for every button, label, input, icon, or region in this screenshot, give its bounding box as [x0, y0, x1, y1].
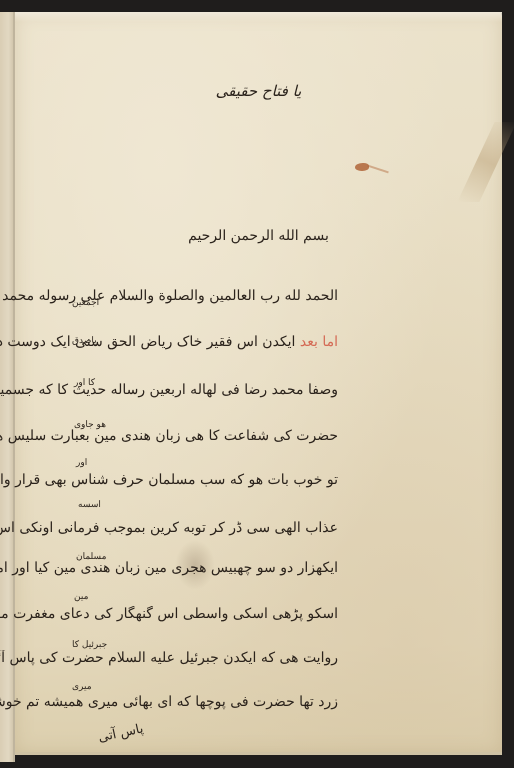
rubric-amma-bad: اما بعد — [300, 334, 338, 350]
margin-note-5: اور — [76, 458, 87, 468]
line-text: اسکو پڑهی اسکی واسطی اس گنهگار کی دعای م… — [0, 606, 338, 622]
line-text: حضرت کی شفاعت کا هی زبان هندی مین بعبارت… — [0, 428, 338, 444]
line-text: وصفا محمد رضا فی لهاله اربعین رساله حدیث… — [0, 382, 338, 398]
text-line-2: اما بعد ایکدن اس فقیر خاک ریاض الحق سنی … — [0, 334, 338, 350]
line-text: تو خوب بات هو که سب مسلمان حرف شناس بهی … — [0, 472, 338, 488]
margin-note-7: مسلمان — [76, 552, 106, 562]
line-text: عذاب الهی سی ڈر کر توبه کرین بموجب فرمان… — [0, 520, 338, 536]
line-text: ایکهزار دو سو چهبیس هجری مین زبان هندی م… — [0, 560, 338, 576]
page-top-edge — [15, 12, 502, 22]
crease-stain — [457, 122, 514, 202]
line-text: زرد تها حضرت فی پوچها که ای بهائی میری ه… — [0, 694, 338, 710]
margin-note-10: میری — [72, 682, 92, 692]
manuscript-viewer: یا فتاح حقیقی بسم الله الرحمن الرحیم الح… — [0, 0, 514, 768]
text-line-4: حضرت کی شفاعت کا هی زبان هندی مین بعبارت… — [0, 428, 338, 444]
text-line-10: زرد تها حضرت فی پوچها که ای بهائی میری ه… — [0, 694, 338, 710]
text-line-8: اسکو پڑهی اسکی واسطی اس گنهگار کی دعای م… — [0, 606, 338, 622]
bismillah-heading: بسم الله الرحمن الرحیم — [15, 228, 502, 244]
margin-note-2: باصدق — [72, 336, 97, 346]
text-line-7: ایکهزار دو سو چهبیس هجری مین زبان هندی م… — [0, 560, 338, 576]
text-line-5: تو خوب بات هو که سب مسلمان حرف شناس بهی … — [0, 472, 338, 488]
margin-note-9: جبرئیل کا — [72, 640, 107, 650]
margin-note-6: اسسه — [78, 500, 101, 510]
page-bottom-edge — [15, 752, 502, 755]
margin-note-3: کا اور — [74, 378, 95, 388]
line-text: ایکدن اس فقیر خاک ریاض الحق سنی ایک دوست… — [0, 334, 300, 350]
line-text: الحمد لله رب العالمین والصلوة والسلام عل… — [0, 288, 338, 304]
margin-note-4: هو جاوی — [74, 420, 106, 430]
invocation-heading: یا فتاح حقیقی — [15, 82, 502, 100]
line-text: روایت هی که ایکدن جبرئیل علیه السلام حضر… — [0, 650, 338, 666]
text-line-6: عذاب الهی سی ڈر کر توبه کرین بموجب فرمان… — [0, 520, 338, 536]
text-line-1: الحمد لله رب العالمین والصلوة والسلام عل… — [0, 288, 338, 304]
text-line-3: وصفا محمد رضا فی لهاله اربعین رساله حدیث… — [0, 382, 338, 398]
margin-note-8: مین — [74, 592, 88, 602]
margin-note-1: اجمعین — [72, 298, 99, 308]
text-line-9: روایت هی که ایکدن جبرئیل علیه السلام حضر… — [0, 650, 338, 666]
